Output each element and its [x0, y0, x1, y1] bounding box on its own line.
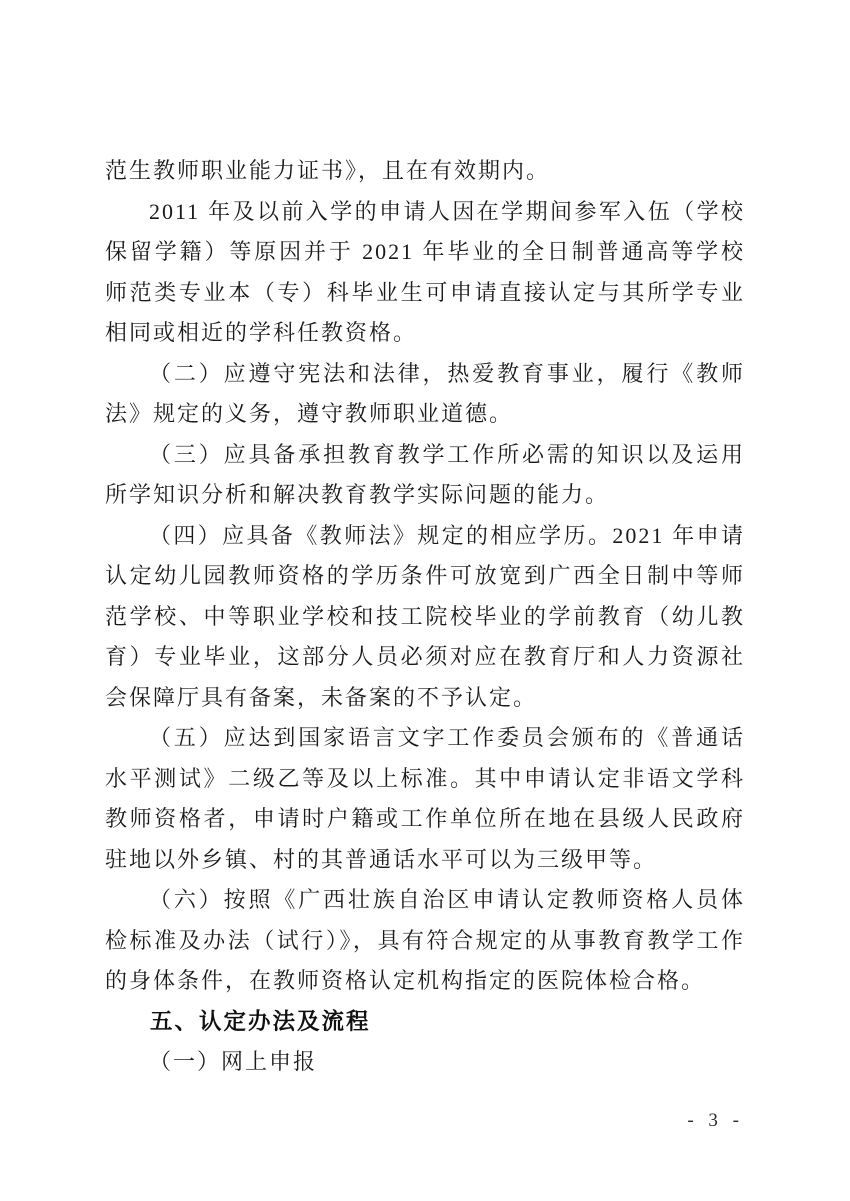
paragraph-item-6: （六）按照《广西壮族自治区申请认定教师资格人员体检标准及办法（试行）》，具有符合… [105, 880, 745, 1002]
paragraph-enrollment-2011: 2011 年及以前入学的申请人因在学期间参军入伍（学校保留学籍）等原因并于 20… [105, 192, 745, 354]
paragraph-item-3: （三）应具备承担教育教学工作所必需的知识以及运用所学知识分析和解决教育教学实际问… [105, 435, 745, 516]
paragraph-item-4: （四）应具备《教师法》规定的相应学历。2021 年申请认定幼儿园教师资格的学历条… [105, 516, 745, 719]
paragraph-item-5: （五）应达到国家语言文字工作委员会颁布的《普通话水平测试》二级乙等及以上标准。其… [105, 718, 745, 880]
section-heading: 五、认定办法及流程 [105, 1002, 745, 1043]
document-page: 范生教师职业能力证书》，且在有效期内。 2011 年及以前入学的申请人因在学期间… [105, 151, 745, 1083]
subsection-label: （一）网上申报 [105, 1042, 745, 1083]
page-number: - 3 - [687, 1109, 744, 1133]
paragraph-item-2: （二）应遵守宪法和法律，热爱教育事业，履行《教师法》规定的义务，遵守教师职业道德… [105, 354, 745, 435]
paragraph-continuation: 范生教师职业能力证书》，且在有效期内。 [105, 151, 745, 192]
